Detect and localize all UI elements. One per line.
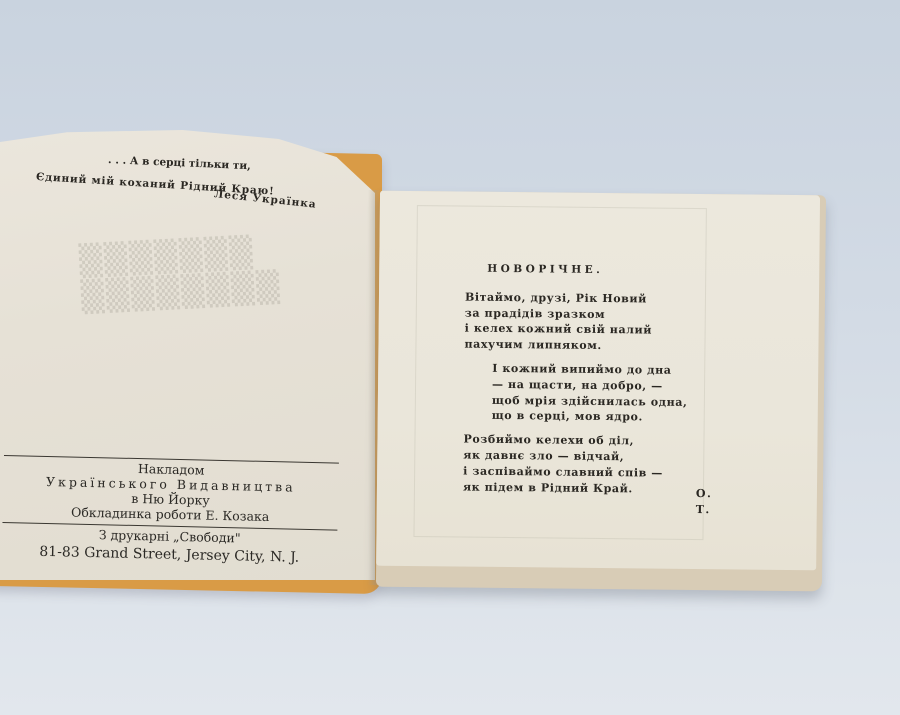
poem-title: НОВОРІЧНЕ. [487,262,725,280]
poem-stanza: Вітаймо, друзі, Рік Новий за прадідів зр… [464,289,725,355]
poem-line: — на щасти, на добро, — [492,377,724,395]
show-through-text: ▒▒▒▒▒▒▒▒▒▒▒▒▒▒▒ [78,232,321,316]
poem-line: пахучим липняком. [464,337,724,356]
publisher-imprint: Накладом Українського Видавництва в Ню Й… [2,455,339,568]
photo-scene: ▒▒▒▒▒▒▒▒▒▒▒▒▒▒▒ . . . А в серці тільки т… [0,0,900,715]
poem-line: що в серці, мов ядро. [492,408,724,426]
poem-signature: О. Т. [696,486,723,518]
right-page: НОВОРІЧНЕ. Вітаймо, друзі, Рік Новий за … [376,191,820,571]
poem-line: як підем в Рідний Край. [463,479,723,498]
epigraph: . . . А в серці тільки ти, Єдиний мій ко… [36,152,336,203]
poem: НОВОРІЧНЕ. Вітаймо, друзі, Рік Новий за … [463,262,726,506]
poem-stanza: І кожний випиймо до дна — на щасти, на д… [492,361,725,427]
poem-stanza: Розбиймо келехи об діл, як давнє зло — в… [463,432,724,498]
right-page-block: НОВОРІЧНЕ. Вітаймо, друзі, Рік Новий за … [376,191,826,592]
